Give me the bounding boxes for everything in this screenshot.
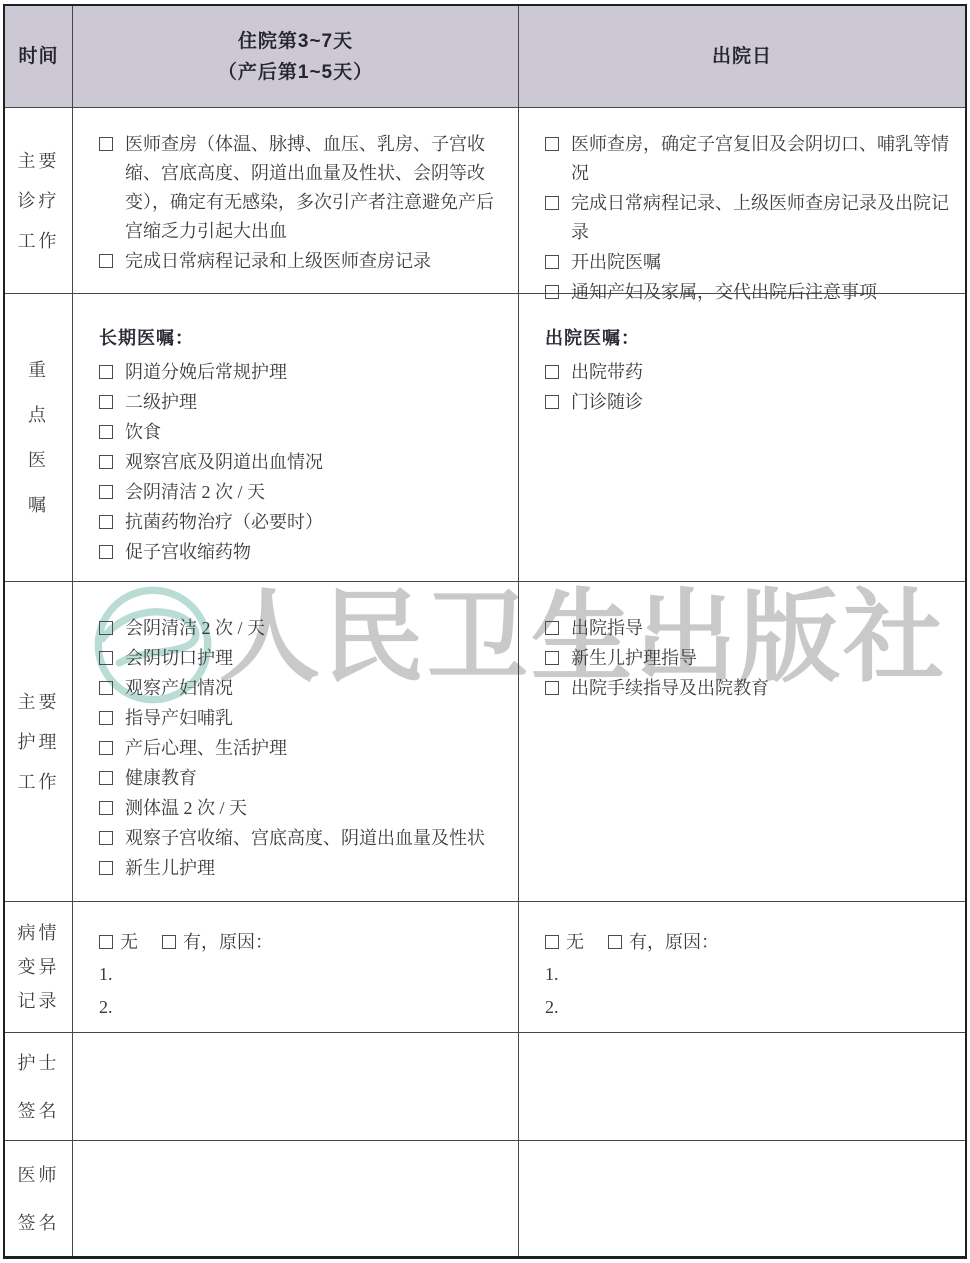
header-hospital-days-line1: 住院第3~7天	[238, 26, 353, 57]
row-label-line: 主要	[18, 141, 60, 181]
checkbox-has-icon[interactable]	[608, 935, 622, 949]
orders-hospital-days-cell: 长期医嘱： 阴道分娩后常规护理 二级护理 饮食	[73, 294, 519, 582]
variation-none-label: 无	[120, 932, 138, 952]
checkbox-icon[interactable]	[545, 651, 559, 665]
checklist-item-text: 阴道分娩后常规护理	[125, 358, 287, 387]
checklist-item-text: 指导产妇哺乳	[125, 704, 233, 733]
variation-reason-line-1: 1.	[99, 959, 502, 990]
nursing-hospital-days-cell: 会阴清洁 2 次 / 天 会阴切口护理 观察产妇情况 指导产妇哺乳	[73, 582, 519, 902]
row-label-doctor-signature: 医师签名	[5, 1141, 73, 1256]
checklist-item: 完成日常病程记录和上级医师查房记录	[99, 247, 502, 276]
row-label-nursing-work: 主要护理工作	[5, 582, 73, 902]
row-label-line: 护理	[18, 722, 60, 762]
checklist-item: 促子宫收缩药物	[99, 538, 502, 567]
checklist-item-text: 二级护理	[125, 388, 197, 417]
checklist-item: 会阴清洁 2 次 / 天	[99, 614, 502, 643]
discharge-orders-list: 出院带药 门诊随诊	[545, 358, 949, 417]
row-label-line: 医	[28, 438, 49, 483]
checklist-item-text: 医师查房（体温、脉搏、血压、乳房、子宫收缩、宫底高度、阴道出血量及性状、会阴等改…	[125, 130, 502, 246]
checkbox-icon[interactable]	[99, 711, 113, 725]
diagnosis-hospital-days-cell: 医师查房（体温、脉搏、血压、乳房、子宫收缩、宫底高度、阴道出血量及性状、会阴等改…	[73, 108, 519, 294]
checkbox-icon[interactable]	[99, 137, 113, 151]
checklist-item: 医师查房（体温、脉搏、血压、乳房、子宫收缩、宫底高度、阴道出血量及性状、会阴等改…	[99, 130, 502, 246]
checklist-item-text: 出院手续指导及出院教育	[571, 674, 769, 703]
long-term-orders-list: 阴道分娩后常规护理 二级护理 饮食 观察宫底及阴道出血情况	[99, 358, 502, 567]
checkbox-icon[interactable]	[99, 771, 113, 785]
checkbox-icon[interactable]	[99, 621, 113, 635]
checklist-item-text: 抗菌药物治疗（必要时）	[125, 508, 323, 537]
row-label-nurse-signature: 护士签名	[5, 1033, 73, 1141]
checklist-item: 饮食	[99, 418, 502, 447]
checkbox-icon[interactable]	[99, 741, 113, 755]
checklist-item: 抗菌药物治疗（必要时）	[99, 508, 502, 537]
checklist-item: 观察产妇情况	[99, 674, 502, 703]
checklist-item-text: 出院带药	[571, 358, 643, 387]
checklist-item: 出院指导	[545, 614, 949, 643]
checklist-item: 阴道分娩后常规护理	[99, 358, 502, 387]
checklist-item-text: 会阴切口护理	[125, 644, 233, 673]
checkbox-icon[interactable]	[99, 395, 113, 409]
variation-choice-line: 无有，原因：	[545, 928, 949, 957]
checklist-item: 医师查房，确定子宫复旧及会阴切口、哺乳等情况	[545, 130, 949, 188]
checklist-item-text: 会阴清洁 2 次 / 天	[125, 614, 265, 643]
checklist-item: 测体温 2 次 / 天	[99, 794, 502, 823]
checkbox-icon[interactable]	[545, 196, 559, 210]
checklist-item: 产后心理、生活护理	[99, 734, 502, 763]
checklist-item: 新生儿护理	[99, 854, 502, 883]
checklist-item: 指导产妇哺乳	[99, 704, 502, 733]
checklist-item-text: 完成日常病程记录、上级医师查房记录及出院记录	[571, 189, 949, 247]
checkbox-icon[interactable]	[99, 681, 113, 695]
checklist-item: 新生儿护理指导	[545, 644, 949, 673]
checklist-item: 观察子宫收缩、宫底高度、阴道出血量及性状	[99, 824, 502, 853]
header-time-label: 时间	[18, 41, 58, 72]
row-label-line: 医师	[18, 1151, 60, 1199]
checklist-item-text: 完成日常病程记录和上级医师查房记录	[125, 247, 431, 276]
checklist-item: 出院手续指导及出院教育	[545, 674, 949, 703]
discharge-orders-heading: 出院医嘱：	[545, 324, 949, 353]
checkbox-has-icon[interactable]	[162, 935, 176, 949]
checklist-item-text: 饮食	[125, 418, 161, 447]
nurse-signature-discharge-cell[interactable]	[519, 1033, 965, 1141]
variation-discharge-cell: 无有，原因： 1. 2.	[519, 902, 965, 1033]
checklist-item-text: 观察产妇情况	[125, 674, 233, 703]
variation-reason-line-2: 2.	[545, 992, 949, 1023]
row-label-line: 签名	[18, 1087, 60, 1135]
checklist-item-text: 产后心理、生活护理	[125, 734, 287, 763]
variation-choice-line: 无有，原因：	[99, 928, 502, 957]
header-cell-discharge-day: 出院日	[519, 6, 965, 108]
checklist-item-text: 健康教育	[125, 764, 197, 793]
checklist-item-text: 医师查房，确定子宫复旧及会阴切口、哺乳等情况	[571, 130, 949, 188]
checklist-item: 二级护理	[99, 388, 502, 417]
header-hospital-days-line2: （产后第1~5天）	[218, 57, 373, 88]
row-label-line: 记录	[18, 984, 60, 1018]
row-label-key-orders: 重点医嘱	[5, 294, 73, 582]
checkbox-icon[interactable]	[99, 515, 113, 529]
doctor-signature-hospital-days-cell[interactable]	[73, 1141, 519, 1256]
checkbox-icon[interactable]	[99, 455, 113, 469]
checkbox-icon[interactable]	[99, 651, 113, 665]
checklist-item-text: 促子宫收缩药物	[125, 538, 251, 567]
checklist-item: 会阴清洁 2 次 / 天	[99, 478, 502, 507]
checkbox-icon[interactable]	[99, 365, 113, 379]
variation-reason-line-2: 2.	[99, 992, 502, 1023]
checklist-item-text: 出院指导	[571, 614, 643, 643]
checklist-item-text: 观察子宫收缩、宫底高度、阴道出血量及性状	[125, 824, 485, 853]
row-label-line: 护士	[18, 1039, 60, 1087]
checklist-item: 会阴切口护理	[99, 644, 502, 673]
checklist-item-text: 会阴清洁 2 次 / 天	[125, 478, 265, 507]
row-label-diagnosis-work: 主要诊疗工作	[5, 108, 73, 294]
row-label-line: 嘱	[28, 483, 49, 528]
checkbox-icon[interactable]	[99, 861, 113, 875]
row-label-line: 工作	[18, 762, 60, 802]
row-label-line: 点	[28, 393, 49, 438]
checklist-item: 门诊随诊	[545, 388, 949, 417]
nurse-signature-hospital-days-cell[interactable]	[73, 1033, 519, 1141]
checkbox-icon[interactable]	[545, 681, 559, 695]
row-label-variation-record: 病情变异记录	[5, 902, 73, 1033]
checkbox-icon[interactable]	[99, 425, 113, 439]
row-label-line: 变异	[18, 950, 60, 984]
long-term-orders-heading: 长期医嘱：	[99, 324, 502, 353]
checklist-item-text: 开出院医嘱	[571, 248, 661, 277]
document-page: 人民卫生出版社 时间 住院第3~7天 （产后第1~5天） 出院日 主要诊疗工作 …	[3, 4, 967, 1259]
checkbox-icon[interactable]	[99, 485, 113, 499]
checkbox-icon[interactable]	[545, 365, 559, 379]
variation-none-label: 无	[566, 932, 584, 952]
checklist-item: 出院带药	[545, 358, 949, 387]
checklist-item: 完成日常病程记录、上级医师查房记录及出院记录	[545, 189, 949, 247]
row-label-line: 重	[28, 348, 49, 393]
checkbox-icon[interactable]	[545, 137, 559, 151]
checklist-item: 开出院医嘱	[545, 248, 949, 277]
checkbox-icon[interactable]	[99, 831, 113, 845]
checklist-item-text: 测体温 2 次 / 天	[125, 794, 247, 823]
checkbox-icon[interactable]	[545, 621, 559, 635]
checkbox-icon[interactable]	[99, 254, 113, 268]
variation-reason-line-1: 1.	[545, 959, 949, 990]
checklist-item: 健康教育	[99, 764, 502, 793]
variation-has-label: 有，原因：	[183, 932, 273, 952]
checkbox-icon[interactable]	[99, 801, 113, 815]
orders-discharge-cell: 出院医嘱： 出院带药 门诊随诊	[519, 294, 965, 582]
checkbox-none-icon[interactable]	[99, 935, 113, 949]
checkbox-icon[interactable]	[99, 545, 113, 559]
checklist-item-text: 新生儿护理	[125, 854, 215, 883]
checklist-item-text: 新生儿护理指导	[571, 644, 697, 673]
checkbox-none-icon[interactable]	[545, 935, 559, 949]
row-label-line: 病情	[18, 916, 60, 950]
checklist-item-text: 观察宫底及阴道出血情况	[125, 448, 323, 477]
clinical-pathway-table: 时间 住院第3~7天 （产后第1~5天） 出院日 主要诊疗工作 医师查房（体温、…	[3, 4, 967, 1259]
checklist-item-text: 门诊随诊	[571, 388, 643, 417]
row-label-line: 诊疗	[18, 181, 60, 221]
row-label-line: 签名	[18, 1199, 60, 1247]
nursing-discharge-cell: 出院指导 新生儿护理指导 出院手续指导及出院教育	[519, 582, 965, 902]
checkbox-icon[interactable]	[545, 255, 559, 269]
header-cell-time: 时间	[5, 6, 73, 108]
diagnosis-discharge-cell: 医师查房，确定子宫复旧及会阴切口、哺乳等情况 完成日常病程记录、上级医师查房记录…	[519, 108, 965, 294]
row-label-line: 工作	[18, 221, 60, 261]
header-cell-hospital-days: 住院第3~7天 （产后第1~5天）	[73, 6, 519, 108]
variation-has-label: 有，原因：	[629, 932, 719, 952]
checklist-item: 观察宫底及阴道出血情况	[99, 448, 502, 477]
row-label-line: 主要	[18, 682, 60, 722]
header-discharge-day-label: 出院日	[712, 41, 772, 72]
checkbox-icon[interactable]	[545, 395, 559, 409]
variation-hospital-days-cell: 无有，原因： 1. 2.	[73, 902, 519, 1033]
doctor-signature-discharge-cell[interactable]	[519, 1141, 965, 1256]
